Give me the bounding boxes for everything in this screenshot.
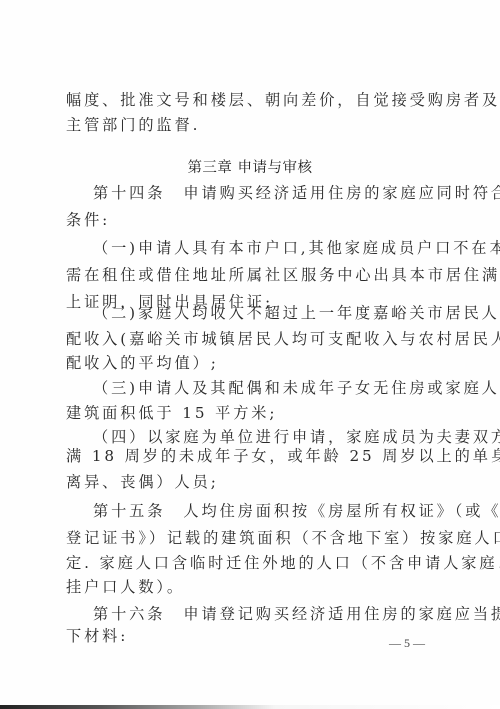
text-line: 幅度、批准文号和楼层、朝向差价，自觉接受购房者及政府价格	[66, 91, 434, 109]
clause-3-line: （三)申请人及其配偶和未成年子女无住房或家庭人均住房	[93, 379, 434, 397]
page-number: — 5 —	[384, 636, 430, 651]
text-line: 满 18 周岁的未成年子女，或年龄 25 周岁以上的单身（含未婚、	[66, 447, 434, 465]
text-line: 离异、丧偶）人员;	[66, 473, 434, 491]
document-page: 幅度、批准文号和楼层、朝向差价，自觉接受购房者及政府价格 主管部门的监督. 第三…	[0, 0, 500, 709]
text-line: 建筑面积低于 15 平方米;	[66, 404, 434, 422]
text-line: 下材料:	[66, 627, 434, 645]
text-line: 条件:	[66, 211, 434, 229]
text-line: 主管部门的监督.	[66, 116, 434, 134]
chapter-heading: 第三章 申请与审核	[0, 159, 500, 177]
article-14-line: 第十四条 申请购买经济适用住房的家庭应同时符合下列	[93, 184, 434, 202]
text-line: 定. 家庭人口含临时迁住外地的人口（不含申请人家庭以外的空	[66, 554, 434, 572]
clause-2-line: （二)家庭人均收入不超过上一年度嘉峪关市居民人均可支	[93, 304, 434, 322]
text-line: 需在租住或借住地址所属社区服务中心出具本市居住满三年以	[66, 266, 434, 284]
text-line: 配收入(嘉峪关市城镇居民人均可支配收入与农村居民人均可支	[66, 330, 434, 348]
scan-edge-shadow	[0, 705, 500, 709]
text-line: 配收入的平均值）;	[66, 354, 434, 372]
text-line: 挂户口人数）。	[66, 578, 434, 596]
text-line: 登记证书》）记载的建筑面积（不含地下室）按家庭人口分摊确	[66, 529, 434, 547]
article-15-line: 第十五条 人均住房面积按《房屋所有权证》（或《不动产	[93, 502, 434, 520]
clause-4-line: （四）以家庭为单位进行申请，家庭成员为夫妻双方及其未	[93, 428, 434, 446]
article-16-line: 第十六条 申请登记购买经济适用住房的家庭应当提交以	[93, 605, 434, 623]
clause-1-line: （一)申请人具有本市户口,其他家庭成员户口不在本市的,	[93, 239, 434, 257]
